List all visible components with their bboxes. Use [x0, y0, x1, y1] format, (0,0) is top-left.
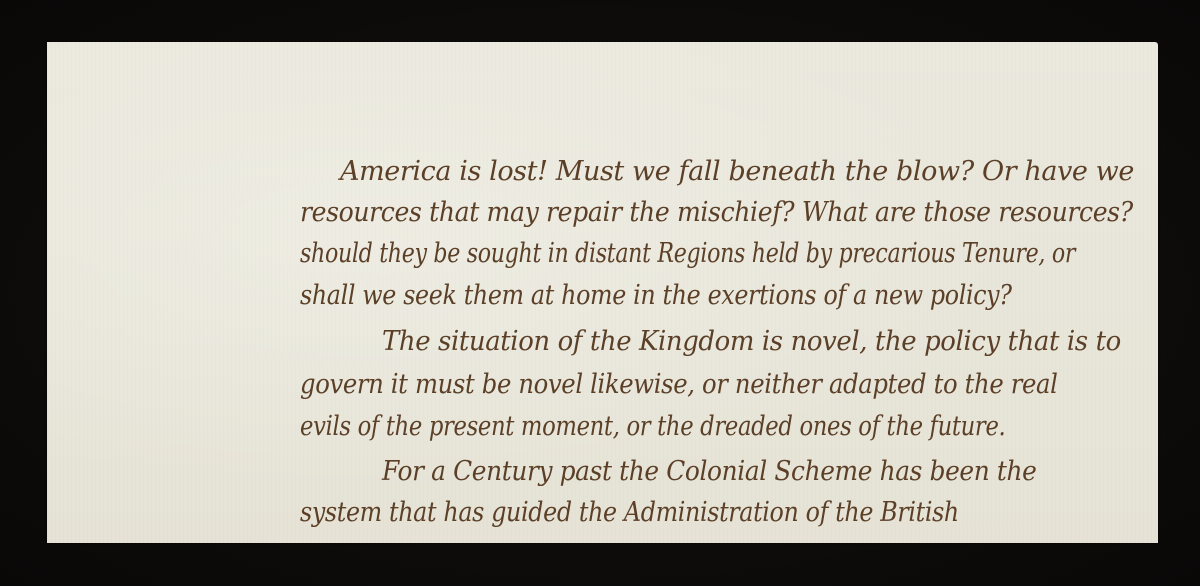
manuscript-line: resources that may repair the mischief? … — [300, 199, 1133, 226]
manuscript-line: The situation of the Kingdom is novel, t… — [382, 328, 1121, 355]
manuscript-line: For a Century past the Colonial Scheme h… — [382, 458, 1037, 485]
manuscript-page: America is lost! Must we fall beneath th… — [47, 42, 1158, 543]
manuscript-line: evils of the present moment, or the drea… — [300, 413, 1005, 440]
manuscript-line: shall we seek them at home in the exerti… — [300, 282, 1012, 309]
manuscript-line: govern it must be novel likewise, or nei… — [300, 371, 1058, 398]
manuscript-line: America is lost! Must we fall beneath th… — [340, 158, 1110, 185]
manuscript-line: system that has guided the Administratio… — [300, 499, 959, 526]
scan-background: America is lost! Must we fall beneath th… — [0, 0, 1200, 586]
manuscript-line: should they be sought in distant Regions… — [300, 240, 1075, 267]
